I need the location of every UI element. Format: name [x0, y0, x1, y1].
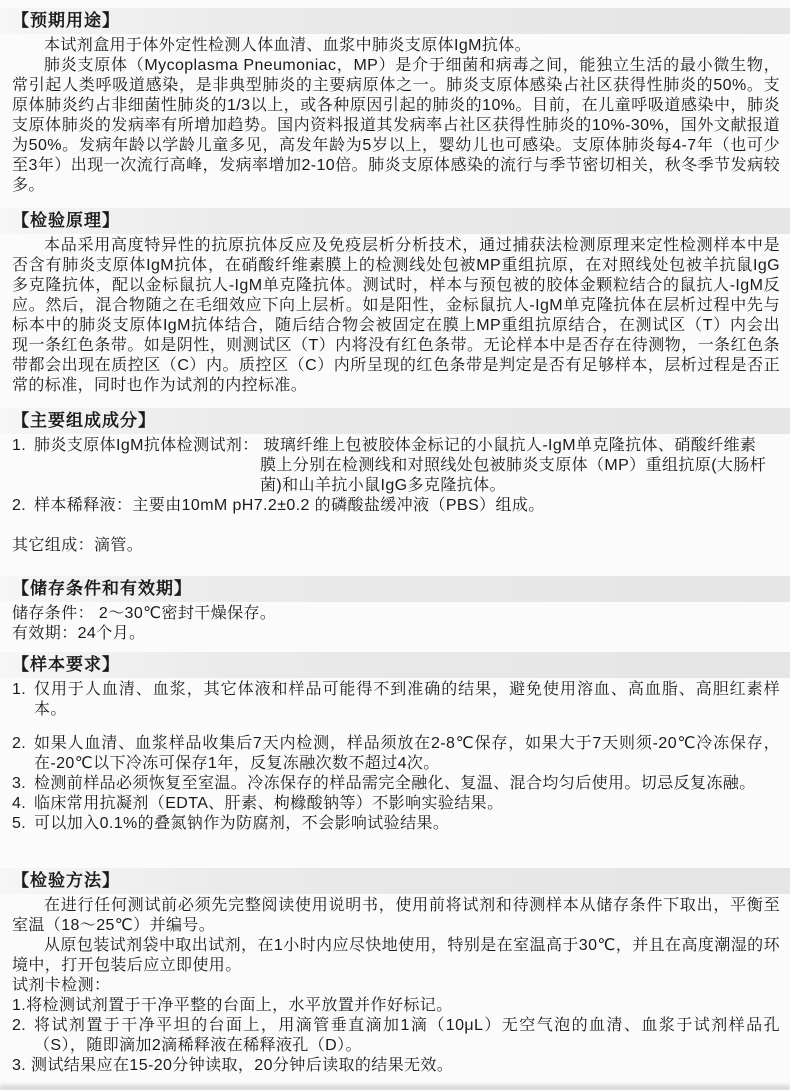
component-item-1: 1. 肺炎支原体IgM抗体检测试剂： 玻璃纤维上包被胶体金标记的小鼠抗人-IgM…	[12, 436, 780, 456]
test-method-step-3: 3. 测试结果应在15-20分钟读取，20分钟后读取的结果无效。	[12, 1056, 780, 1076]
reagent-card-test-subheading: 试剂卡检测：	[12, 976, 780, 996]
intended-use-paragraph-1: 本试剂盒用于体外定性检测人体血清、血浆中肺炎支原体IgM抗体。	[12, 36, 780, 56]
test-method-step-2: 2. 将试剂置于干净平坦的台面上，用滴管垂直滴加1滴（10μL）无空气泡的血清、…	[12, 1016, 780, 1056]
scan-shadow	[0, 1082, 790, 1090]
sample-requirement-item-2: 2. 如果人血清、血浆样品收集后7天内检测，样品须放在2-8℃保存，如果大于7天…	[12, 734, 780, 774]
sample-requirement-item-4-text: 临床常用抗凝剂（EDTA、肝素、枸橼酸钠等）不影响实验结果。	[34, 794, 780, 814]
test-method-paragraph-1: 在进行任何测试前必须先完整阅读使用说明书，使用前将试剂和待测样本从储存条件下取出…	[12, 896, 780, 936]
list-number: 2.	[12, 734, 34, 774]
sample-requirement-item-1: 1. 仅用于人血清、血浆，其它体液和样品可能得不到准确的结果，避免使用溶血、高血…	[12, 680, 780, 720]
list-number: 2.	[12, 1016, 34, 1056]
section-test-method-title: 【检验方法】	[0, 868, 790, 894]
section-intended-use-title: 【预期用途】	[0, 8, 790, 34]
component-item-2-text: 样本稀释液：主要由10mM pH7.2±0.2 的磷酸盐缓冲液（PBS）组成。	[34, 496, 780, 516]
sample-requirement-item-4: 4. 临床常用抗凝剂（EDTA、肝素、枸橼酸钠等）不影响实验结果。	[12, 794, 780, 814]
other-components-line: 其它组成：滴管。	[12, 536, 780, 556]
list-number: 2.	[12, 496, 34, 516]
test-principle-paragraph: 本品采用高度特异性的抗原抗体反应及免疫层析分析技术，通过捕获法检测原理来定性检测…	[12, 236, 780, 396]
component-item-1-line-2: 膜上分别在检测线和对照线处包被肺炎支原体（MP）重组抗原(大肠杆	[260, 456, 780, 476]
section-sample-requirements-title: 【样本要求】	[0, 652, 790, 678]
test-method-paragraph-2: 从原包装试剂袋中取出试剂，在1小时内应尽快地使用，特别是在室温高于30℃，并且在…	[12, 936, 780, 976]
sample-requirement-item-5: 5. 可以加入0.1%的叠氮钠作为防腐剂，不会影响试验结果。	[12, 814, 780, 834]
list-number: 3.	[12, 774, 34, 794]
list-number: 1.	[12, 436, 34, 456]
component-item-1-line-1: 肺炎支原体IgM抗体检测试剂： 玻璃纤维上包被胶体金标记的小鼠抗人-IgM单克隆…	[34, 436, 780, 456]
section-main-components-title: 【主要组成成分】	[0, 408, 790, 434]
sample-requirement-item-2-text: 如果人血清、血浆样品收集后7天内检测，样品须放在2-8℃保存，如果大于7天则须-…	[34, 734, 780, 774]
storage-condition-line: 储存条件： 2～30℃密封干燥保存。	[12, 604, 780, 624]
test-method-step-1: 1.将检测试剂置于干净平整的台面上，水平放置并作好标记。	[12, 996, 780, 1016]
section-storage-title: 【储存条件和有效期】	[0, 576, 790, 602]
document-page: 【预期用途】 本试剂盒用于体外定性检测人体血清、血浆中肺炎支原体IgM抗体。 肺…	[0, 0, 790, 1090]
sample-requirement-item-1-text: 仅用于人血清、血浆，其它体液和样品可能得不到准确的结果，避免使用溶血、高血脂、高…	[34, 680, 780, 720]
component-item-1-line-3: 菌)和山羊抗小鼠IgG多克隆抗体。	[260, 476, 780, 496]
list-number: 1.	[12, 680, 34, 720]
test-method-step-2-text: 将试剂置于干净平坦的台面上，用滴管垂直滴加1滴（10μL）无空气泡的血清、血浆于…	[34, 1016, 780, 1056]
sample-requirement-item-5-text: 可以加入0.1%的叠氮钠作为防腐剂，不会影响试验结果。	[34, 814, 780, 834]
list-number: 4.	[12, 794, 34, 814]
section-test-principle-title: 【检验原理】	[0, 208, 790, 234]
component-item-2: 2. 样本稀释液：主要由10mM pH7.2±0.2 的磷酸盐缓冲液（PBS）组…	[12, 496, 780, 516]
sample-requirement-item-3-text: 检测前样品必须恢复至室温。冷冻保存的样品需完全融化、复温、混合均匀后使用。切忌反…	[34, 774, 780, 794]
list-number: 5.	[12, 814, 34, 834]
intended-use-paragraph-2: 肺炎支原体（Mycoplasma Pneumoniac，MP）是介于细菌和病毒之…	[12, 56, 780, 196]
shelf-life-line: 有效期：24个月。	[12, 624, 780, 644]
sample-requirement-item-3: 3. 检测前样品必须恢复至室温。冷冻保存的样品需完全融化、复温、混合均匀后使用。…	[12, 774, 780, 794]
